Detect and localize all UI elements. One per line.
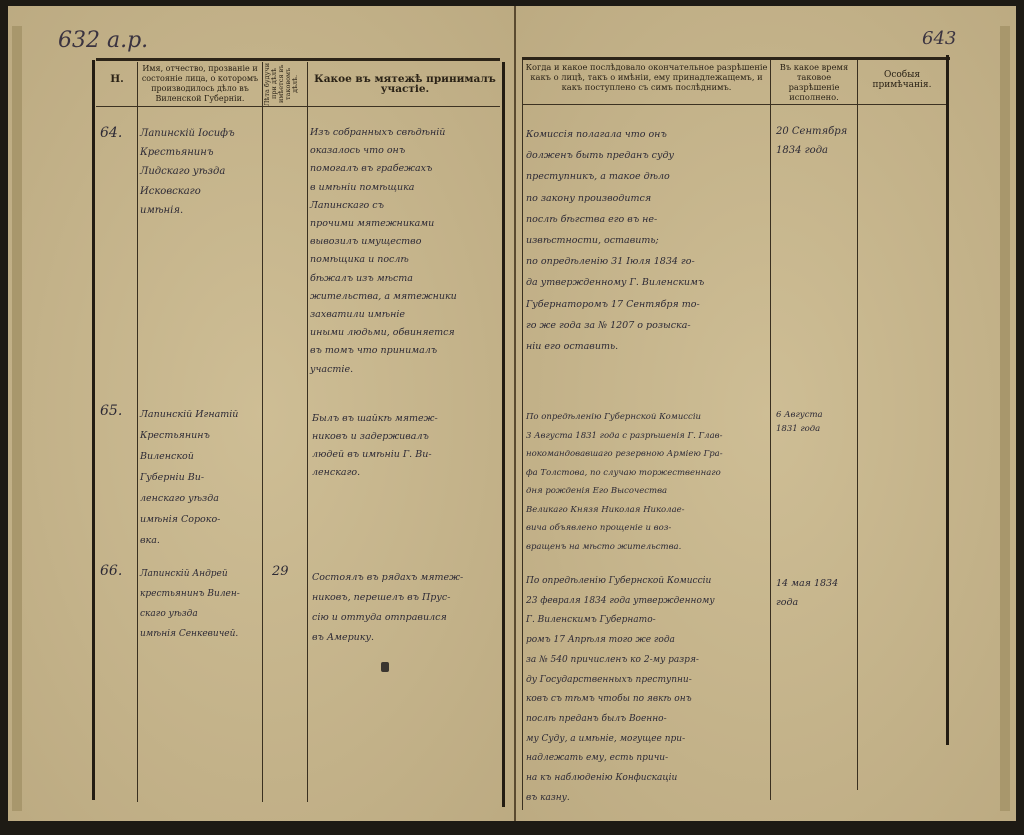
column-border bbox=[946, 55, 949, 745]
page-edge bbox=[1000, 26, 1010, 811]
right-folio-number: 643 bbox=[922, 28, 956, 49]
row-name: Лапинскiй Игнатiй Крестьянинъ Виленской … bbox=[140, 404, 262, 551]
column-border bbox=[770, 60, 771, 800]
row-participation: Изъ собранныхъ свѣдѣній оказалось что он… bbox=[310, 124, 502, 379]
header-age: Лѣта будучи при дѣлѣ имѣется въ таковомъ… bbox=[264, 62, 306, 106]
column-border bbox=[307, 62, 308, 802]
row-name: Лапинскiй Iосифъ Крестьянинъ Лидскаго уѣ… bbox=[140, 124, 262, 220]
header-name: Имя, отчество, прозваніе и состояніе лиц… bbox=[139, 64, 261, 104]
row-decision: Комиссія полагала что онъ долженъ быть п… bbox=[526, 124, 770, 357]
row-participation: Состоялъ въ рядахъ мятеж- никовъ, переше… bbox=[312, 568, 504, 648]
row-decision: По опредѣленію Губернской Комиссіи 3 Авг… bbox=[526, 408, 770, 556]
header-number: Н. bbox=[98, 74, 136, 84]
header-bottom-rule-right bbox=[522, 104, 948, 105]
row-executed: 14 мая 1834 года bbox=[776, 574, 860, 612]
row-decision: По опредѣленію Губернской Комиссіи 23 фе… bbox=[526, 572, 770, 808]
header-top-rule-left bbox=[96, 58, 500, 61]
column-border bbox=[92, 60, 95, 800]
header-bottom-rule-left bbox=[96, 106, 500, 107]
header-executed: Въ какое время таковое разрѣшеніе исполн… bbox=[772, 62, 856, 102]
header-notes: Особыя примѣчанія. bbox=[859, 70, 945, 90]
row-participation: Былъ въ шайкѣ мятеж- никовъ и задерживал… bbox=[312, 410, 504, 482]
page-edge bbox=[12, 26, 22, 811]
row-number: 65. bbox=[100, 403, 122, 419]
column-border bbox=[262, 62, 263, 802]
row-executed: 20 Сентября 1834 года bbox=[776, 122, 860, 160]
ink-blot bbox=[381, 662, 389, 672]
row-age: 29 bbox=[272, 562, 306, 581]
header-top-rule-right bbox=[522, 57, 950, 60]
left-folio-number: 632 а.р. bbox=[58, 28, 148, 53]
column-border bbox=[137, 62, 138, 802]
row-number: 64. bbox=[100, 125, 122, 141]
column-border bbox=[522, 60, 523, 810]
row-number: 66. bbox=[100, 563, 122, 579]
row-executed: 6 Августа 1831 года bbox=[776, 408, 860, 436]
header-participation: Какое въ мятежѣ принималъ участіе. bbox=[309, 74, 501, 94]
header-decision: Когда и какое послѣдовало окончательное … bbox=[524, 62, 769, 92]
row-name: Лапинскiй Андрей крестьянинъ Вилен- скаг… bbox=[140, 564, 262, 644]
